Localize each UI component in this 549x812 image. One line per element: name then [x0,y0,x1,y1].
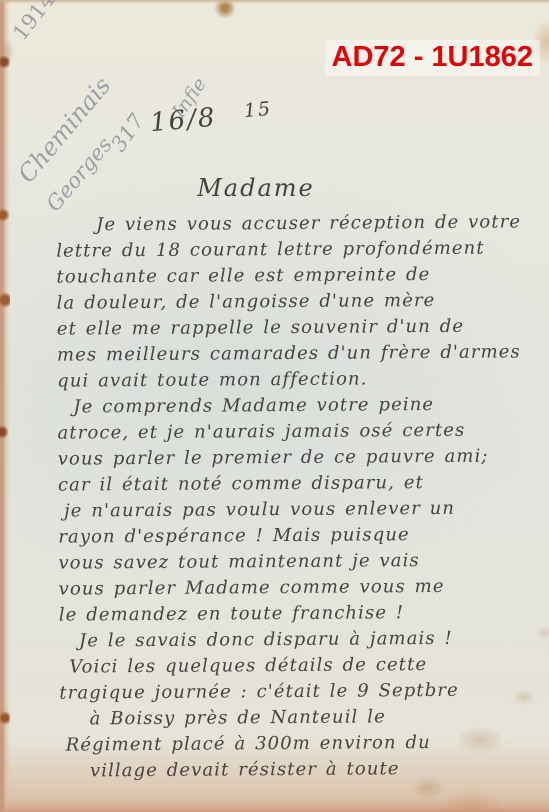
letter-line: et elle me rappelle le souvenir d'un de [57,313,519,342]
letter-date-year: 15 [243,98,273,122]
letter-line: vous savez tout maintenant je vais [58,547,520,576]
letter-line: lettre du 18 courant lettre profondément [56,235,518,264]
letter-line: le demandez en toute franchise ! [59,599,521,628]
letter-line: village devait résister à toute [60,755,522,784]
archive-reference-stamp: AD72 - 1U1862 [325,40,541,76]
letter-date: 16/815 [149,98,274,139]
letter-line: Je le savais donc disparu à jamais ! [59,625,521,654]
letter-line: vous parler le premier de ce pauvre ami; [58,443,520,472]
page-edge-left [0,0,10,812]
annotation-year: 1914 [8,0,60,45]
salutation: Madame [0,174,512,202]
letter-line: mes meilleurs camarades d'un frère d'arm… [57,339,519,368]
letter-line: rayon d'espérance ! Mais puisque [58,521,520,550]
letter-line: qui avait toute mon affection. [57,365,519,394]
letter-line: atroce, et je n'aurais jamais osé certes [57,417,519,446]
scanned-letter-page: AD72 - 1U1862 1914 Cheminais Georges 317… [0,0,549,812]
letter-body: Je viens vous accuser réception de votre… [56,209,522,784]
letter-line: tragique journée : c'était le 9 Septbre [59,677,521,706]
page-edge-top [0,0,549,4]
letter-line: Je comprends Madame votre peine [57,391,519,420]
letter-line: je n'aurais pas voulu vous enlever un [58,495,520,524]
letter-line: car il était noté comme disparu, et [58,469,520,498]
letter-line: Régiment placé à 300m environ du [60,729,522,758]
letter-date-day: 16/8 [149,103,218,139]
annotation-surname: Cheminais [13,72,117,188]
letter-line: Je viens vous accuser réception de votre [56,209,518,238]
letter-line: à Boissy près de Nanteuil le [59,703,521,732]
letter-line: touchante car elle est empreinte de [56,261,518,290]
letter-line: la douleur, de l'angoisse d'une mère [57,287,519,316]
page-edge-bottom [0,807,549,812]
letter-line: Voici les quelques détails de cette [59,651,521,680]
letter-line: vous parler Madame comme vous me [59,573,521,602]
